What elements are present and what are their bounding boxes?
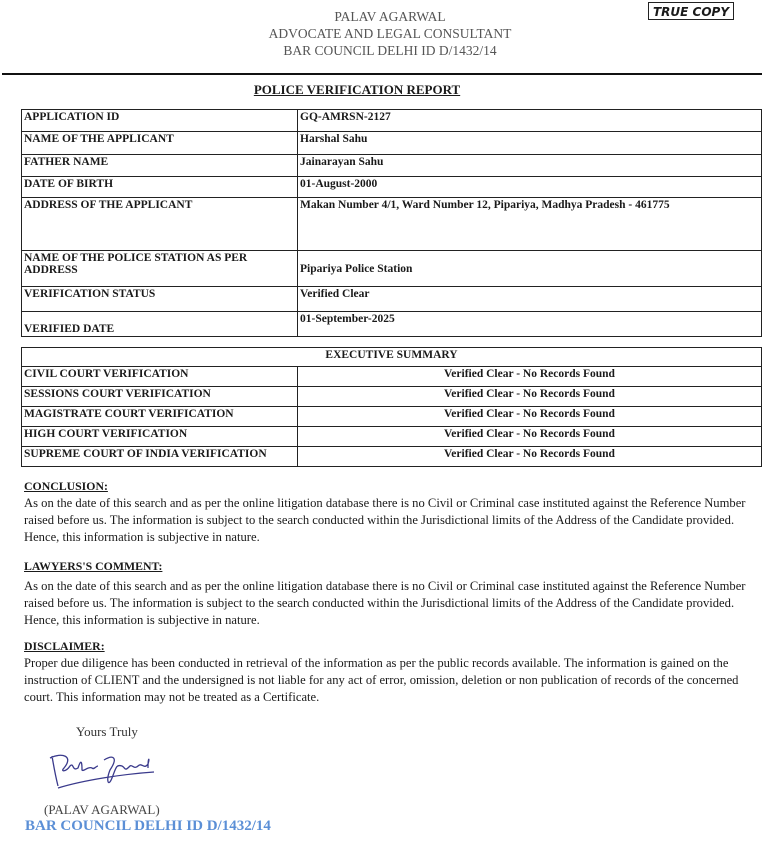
- table-row: NAME OF THE APPLICANT Harshal Sahu: [22, 132, 762, 155]
- disclaimer-heading: DISCLAIMER:: [24, 638, 756, 655]
- lawyers-comment-text: As on the date of this search and as per…: [24, 578, 756, 629]
- table-row: APPLICATION ID GQ-AMRSN-2127: [22, 110, 762, 132]
- conclusion-heading: CONCLUSION:: [24, 478, 756, 495]
- detail-value: Pipariya Police Station: [298, 251, 762, 287]
- court-status: Verified Clear - No Records Found: [298, 387, 762, 407]
- detail-label: APPLICATION ID: [22, 110, 298, 132]
- conclusion-section: CONCLUSION: As on the date of this searc…: [24, 478, 756, 546]
- court-label: SUPREME COURT OF INDIA VERIFICATION: [22, 447, 298, 467]
- detail-value: GQ-AMRSN-2127: [298, 110, 762, 132]
- table-row: CIVIL COURT VERIFICATION Verified Clear …: [22, 367, 762, 387]
- true-copy-stamp: TRUE COPY: [648, 2, 734, 20]
- closing-text: Yours Truly: [76, 724, 138, 740]
- table-header-row: EXECUTIVE SUMMARY: [22, 348, 762, 367]
- detail-value: Jainarayan Sahu: [298, 155, 762, 177]
- detail-label: VERIFICATION STATUS: [22, 287, 298, 312]
- table-row: VERIFIED DATE 01-September-2025: [22, 312, 762, 337]
- detail-value: 01-September-2025: [298, 312, 762, 337]
- court-label: HIGH COURT VERIFICATION: [22, 427, 298, 447]
- table-row: ADDRESS OF THE APPLICANT Makan Number 4/…: [22, 198, 762, 251]
- detail-value: Makan Number 4/1, Ward Number 12, Pipari…: [298, 198, 762, 251]
- court-status: Verified Clear - No Records Found: [298, 407, 762, 427]
- letterhead-bar-id: BAR COUNCIL DELHI ID D/1432/14: [190, 43, 590, 59]
- disclaimer-section: DISCLAIMER: Proper due diligence has bee…: [24, 638, 756, 706]
- table-row: MAGISTRATE COURT VERIFICATION Verified C…: [22, 407, 762, 427]
- conclusion-text: As on the date of this search and as per…: [24, 495, 756, 546]
- table-row: SUPREME COURT OF INDIA VERIFICATION Veri…: [22, 447, 762, 467]
- letterhead-name: PALAV AGARWAL: [190, 9, 590, 25]
- detail-label: FATHER NAME: [22, 155, 298, 177]
- executive-summary-title: EXECUTIVE SUMMARY: [22, 348, 762, 367]
- signature-icon: [44, 748, 164, 796]
- detail-label: ADDRESS OF THE APPLICANT: [22, 198, 298, 251]
- applicant-details-table: APPLICATION ID GQ-AMRSN-2127 NAME OF THE…: [21, 109, 762, 337]
- court-label: MAGISTRATE COURT VERIFICATION: [22, 407, 298, 427]
- header-divider: [2, 73, 762, 75]
- lawyers-comment-heading: LAWYERS'S COMMENT:: [24, 558, 756, 575]
- table-row: DATE OF BIRTH 01-August-2000: [22, 177, 762, 198]
- table-row: FATHER NAME Jainarayan Sahu: [22, 155, 762, 177]
- disclaimer-text: Proper due diligence has been conducted …: [24, 655, 756, 706]
- detail-label: NAME OF THE APPLICANT: [22, 132, 298, 155]
- report-title: POLICE VERIFICATION REPORT: [0, 82, 714, 98]
- court-status: Verified Clear - No Records Found: [298, 367, 762, 387]
- signatory-name: (PALAV AGARWAL): [44, 802, 160, 818]
- table-row: SESSIONS COURT VERIFICATION Verified Cle…: [22, 387, 762, 407]
- detail-value: Verified Clear: [298, 287, 762, 312]
- court-status: Verified Clear - No Records Found: [298, 447, 762, 467]
- table-row: NAME OF THE POLICE STATION AS PER ADDRES…: [22, 251, 762, 287]
- detail-label: VERIFIED DATE: [22, 312, 298, 337]
- detail-label: DATE OF BIRTH: [22, 177, 298, 198]
- detail-value: Harshal Sahu: [298, 132, 762, 155]
- court-status: Verified Clear - No Records Found: [298, 427, 762, 447]
- executive-summary-table: EXECUTIVE SUMMARY CIVIL COURT VERIFICATI…: [21, 347, 762, 467]
- table-row: VERIFICATION STATUS Verified Clear: [22, 287, 762, 312]
- signatory-bar-id: BAR COUNCIL DELHI ID D/1432/14: [25, 818, 271, 835]
- court-label: CIVIL COURT VERIFICATION: [22, 367, 298, 387]
- letterhead-profession: ADVOCATE AND LEGAL CONSULTANT: [190, 26, 590, 42]
- detail-label: NAME OF THE POLICE STATION AS PER ADDRES…: [22, 251, 298, 287]
- court-label: SESSIONS COURT VERIFICATION: [22, 387, 298, 407]
- detail-value: 01-August-2000: [298, 177, 762, 198]
- lawyers-comment-section: LAWYERS'S COMMENT: As on the date of thi…: [24, 558, 756, 629]
- table-row: HIGH COURT VERIFICATION Verified Clear -…: [22, 427, 762, 447]
